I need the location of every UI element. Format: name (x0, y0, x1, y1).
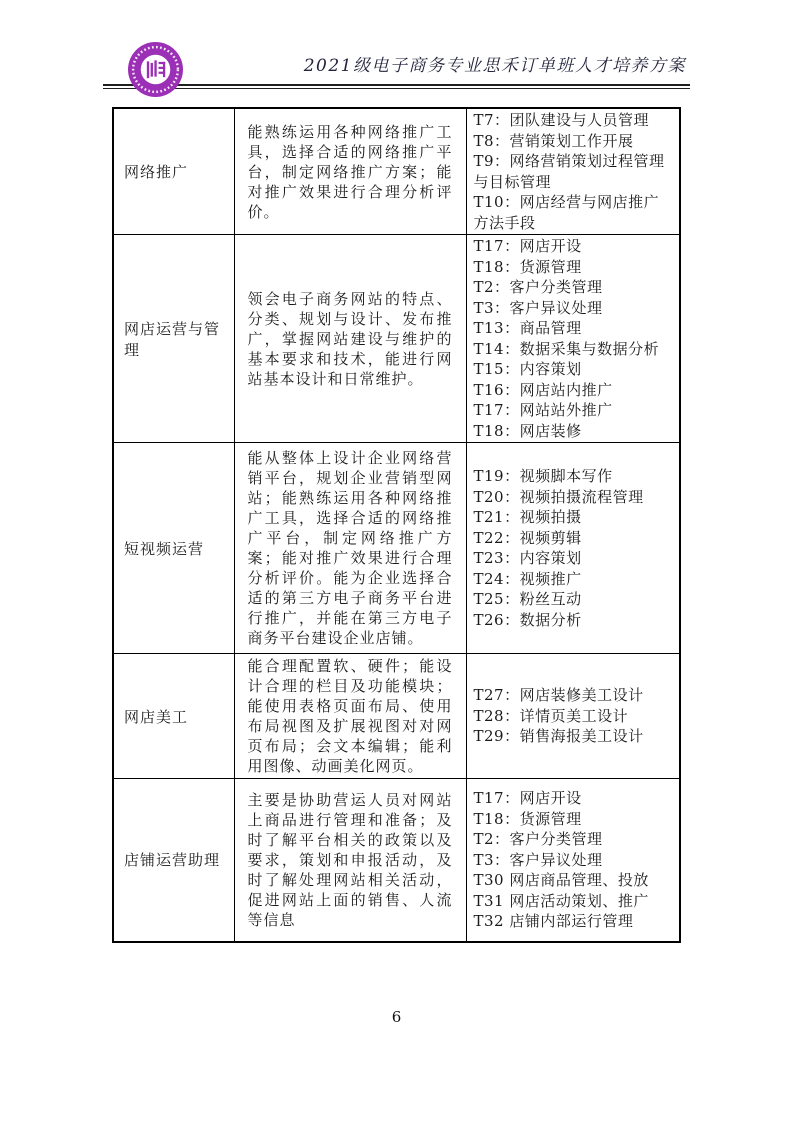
ability-description-cell: 领会电子商务网站的特点、分类、规划与设计、发布推广，掌握网站建设与维护的基本要求… (234, 235, 466, 443)
task-item: T17：网站站外推广 (474, 400, 675, 421)
task-item: T3：客户异议处理 (474, 850, 675, 871)
college-logo-icon (127, 41, 184, 98)
task-item: T19：视频脚本写作 (474, 466, 675, 487)
task-item: T20：视频拍摄流程管理 (474, 487, 675, 508)
task-item: T22：视频剪辑 (474, 528, 675, 549)
header-title: 2021级电子商务专业思禾订单班人才培养方案 (304, 51, 686, 76)
task-item: T13：商品管理 (474, 318, 675, 339)
task-list-cell: T7：团队建设与人员管理T8：营销策划工作开展T9：网络营销策划过程管理与目标管… (466, 108, 680, 235)
ability-description-cell: 能熟练运用各种网络推广工具，选择合适的网络推广平台，制定网络推广方案；能对推广效… (234, 108, 466, 235)
task-list-cell: T17：网店开设T18：货源管理T2：客户分类管理T3：客户异议处理T30 网店… (466, 779, 680, 942)
task-item: T16：网店站内推广 (474, 380, 675, 401)
task-item: T27：网店装修美工设计 (474, 685, 675, 706)
header-divider (103, 84, 690, 89)
task-list-cell: T27：网店装修美工设计T28：详情页美工设计T29：销售海报美工设计 (466, 654, 680, 779)
task-item: T28：详情页美工设计 (474, 706, 675, 727)
task-item: T14：数据采集与数据分析 (474, 339, 675, 360)
ability-description-cell: 能从整体上设计企业网络营销平台，规划企业营销型网站；能熟练运用各种网络推广工具，… (234, 443, 466, 654)
ability-description-cell: 主要是协助营运人员对网站上商品进行管理和准备；及时了解平台相关的政策以及要求，策… (234, 779, 466, 942)
training-positions-table: 网络推广能熟练运用各种网络推广工具，选择合适的网络推广平台，制定网络推广方案；能… (112, 107, 681, 943)
task-item: T29：销售海报美工设计 (474, 726, 675, 747)
position-category-cell: 网络推广 (113, 108, 234, 235)
task-item: T10：网店经营与网店推广方法手段 (474, 192, 675, 233)
position-category-cell: 网店美工 (113, 654, 234, 779)
task-item: T26：数据分析 (474, 610, 675, 631)
task-item: T17：网店开设 (474, 788, 675, 809)
task-item: T2：客户分类管理 (474, 277, 675, 298)
task-item: T25：粉丝互动 (474, 589, 675, 610)
task-item: T18：网店装修 (474, 421, 675, 442)
task-item: T30 网店商品管理、投放 (474, 870, 675, 891)
table-row: 店铺运营助理主要是协助营运人员对网站上商品进行管理和准备；及时了解平台相关的政策… (113, 779, 680, 942)
table-row: 短视频运营能从整体上设计企业网络营销平台，规划企业营销型网站；能熟练运用各种网络… (113, 443, 680, 654)
task-item: T32 店铺内部运行管理 (474, 911, 675, 932)
task-item: T21：视频拍摄 (474, 507, 675, 528)
position-category-cell: 网店运营与管理 (113, 235, 234, 443)
task-item: T31 网店活动策划、推广 (474, 891, 675, 912)
table-row: 网络推广能熟练运用各种网络推广工具，选择合适的网络推广平台，制定网络推广方案；能… (113, 108, 680, 235)
task-item: T3：客户异议处理 (474, 298, 675, 319)
task-item: T18：货源管理 (474, 809, 675, 830)
task-item: T8：营销策划工作开展 (474, 131, 675, 152)
task-item: T18：货源管理 (474, 257, 675, 278)
ability-description-cell: 能合理配置软、硬件；能设计合理的栏目及功能模块；能使用表格页面布局、使用布局视图… (234, 654, 466, 779)
page-number: 6 (0, 1008, 793, 1026)
task-list-cell: T19：视频脚本写作T20：视频拍摄流程管理T21：视频拍摄T22：视频剪辑T2… (466, 443, 680, 654)
task-item: T15：内容策划 (474, 359, 675, 380)
table-row: 网店运营与管理领会电子商务网站的特点、分类、规划与设计、发布推广，掌握网站建设与… (113, 235, 680, 443)
task-item: T24：视频推广 (474, 569, 675, 590)
position-category-cell: 短视频运营 (113, 443, 234, 654)
task-item: T17：网店开设 (474, 236, 675, 257)
task-item: T9：网络营销策划过程管理与目标管理 (474, 151, 675, 192)
task-item: T23：内容策划 (474, 548, 675, 569)
document-page: 2021级电子商务专业思禾订单班人才培养方案 网络推广能熟练运用各种网络推广工具… (0, 0, 793, 1122)
task-item: T7：团队建设与人员管理 (474, 110, 675, 131)
task-item: T2：客户分类管理 (474, 829, 675, 850)
position-category-cell: 店铺运营助理 (113, 779, 234, 942)
table-row: 网店美工能合理配置软、硬件；能设计合理的栏目及功能模块；能使用表格页面布局、使用… (113, 654, 680, 779)
task-list-cell: T17：网店开设T18：货源管理T2：客户分类管理T3：客户异议处理T13：商品… (466, 235, 680, 443)
